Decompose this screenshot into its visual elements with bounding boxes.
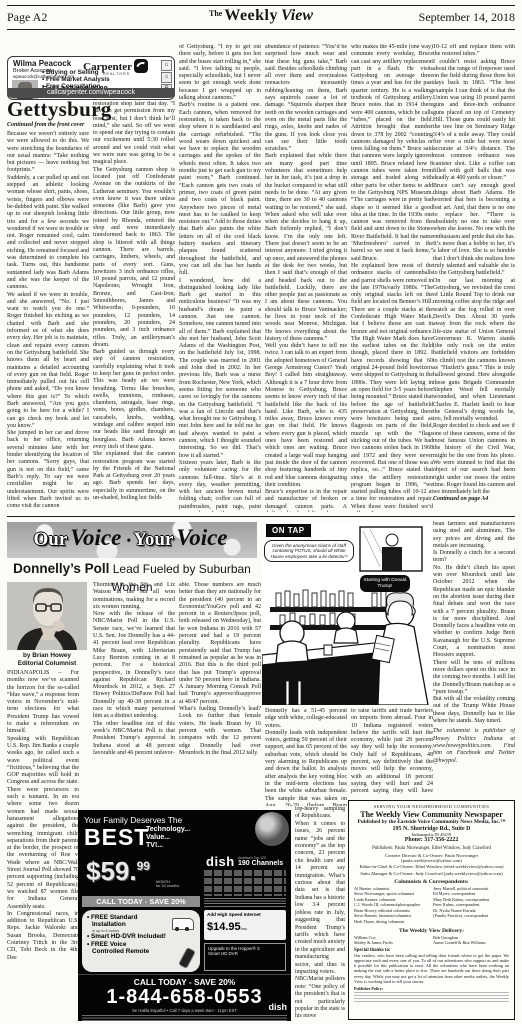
continued-from-note: Continued from the front cover	[7, 122, 84, 128]
publisher-policy-title: Publisher Policy:	[354, 986, 509, 991]
masthead-view: View	[281, 7, 313, 24]
columnist-byline: by Brian Howey Editorial Columnist	[7, 652, 87, 667]
cartoon-speech-bubble-1: Given the anonymous claims of staff cont…	[264, 540, 354, 562]
sales-manager-line: Sales Manager & Co-Owner: Judy Crawford …	[354, 871, 509, 876]
serving-communities-line: SERVING YOUR NEIGHBORHOOD COMMUNITIES	[354, 804, 509, 809]
realtor-name: Wilma Peacock	[13, 59, 71, 68]
columnists-list-right: Jerry Marrell, political cartoonist Ed M…	[433, 886, 509, 925]
editorial-cartoon: ON TAP Given the anonymous claims of sta…	[262, 521, 434, 705]
dish-price-cents: 99	[137, 859, 150, 873]
dish-ad-best: BEST	[84, 824, 149, 851]
delivery-list-right: Bob Gavaghan Aaron Cornell & Rita Willia…	[433, 935, 509, 946]
internet-addon-label: Add High Speed Internet	[207, 912, 283, 917]
howey-column-6: bean farmers and manufacturers using ste…	[433, 521, 515, 773]
our-voice-banner: Our Voice • Your Voice	[7, 522, 257, 558]
cartoon-title: ON TAP	[266, 524, 311, 537]
gettysburg-column-2: restoration shop later that day. “I have…	[93, 101, 175, 512]
dish-fine-print-1	[204, 898, 286, 908]
newspaper-page: Page A2 TheWeeklyView September 14, 2018…	[0, 0, 522, 1024]
service-van-icon	[172, 918, 194, 930]
internet-per: /mo.	[241, 927, 248, 931]
delivery-lists: William Cox Shirley & James Fuchs Bob Ga…	[354, 935, 509, 946]
house-icon: ⌂	[161, 60, 172, 71]
howey-column-1: INDIANAPOLIS – For months now we’ve scan…	[7, 670, 79, 1020]
publisher-policy-fine-print	[354, 992, 509, 1004]
editor-line: Editor-in-Chief & Co-Owner: Ethel Winslo…	[354, 864, 509, 869]
cartoonist-signature: Marrell	[358, 669, 376, 675]
masthead-weekly: Weekly	[224, 7, 278, 24]
dish-price: $59.99	[86, 856, 150, 887]
publication-phone: Phone: 317-356-2222	[354, 837, 509, 843]
cartoon-speech-bubble-2: Starting with Donald Trump!	[360, 575, 410, 592]
columnist-portrait-photo	[7, 582, 87, 650]
banner-word-your: Your	[133, 529, 173, 551]
offer-voice-remote: • FREE Voice	[87, 941, 195, 948]
dish-call-banner-1: CALL TODAY - SAVE 20%	[82, 896, 200, 907]
dish-ad-benefits: Technology... Value... TV!...	[146, 826, 190, 850]
dish-price-dollars: $59.	[86, 856, 137, 886]
internet-addon-box: Add High Speed Internet $14.95/mo.	[204, 910, 286, 940]
dish-ad-bottom: CALL TODAY - SAVE 20% 1-844-658-0553 Se …	[78, 974, 291, 1021]
hopper-upgrade-box: Upgrade to the Hopper® 3 Smart HD DVR	[204, 943, 286, 971]
dish-espanol-note: Se Habla Español • Call 7 days a week 8a…	[78, 1008, 291, 1013]
columnists-lists: Al Hunter, columnist Steve Nicewanger, s…	[354, 886, 509, 925]
donnelly-headline-bold: Donnelly’s Poll	[13, 561, 109, 576]
section-divider-rule	[7, 516, 515, 517]
header-rule	[7, 29, 515, 30]
masthead-the: The	[209, 9, 222, 18]
delivery-section-title: The Weekly View Delivery:	[354, 928, 509, 934]
dish-tv-ad: Your Family Deserves The BEST Technology…	[78, 810, 291, 1021]
equal-housing-icon: ⌂	[161, 72, 172, 83]
howey-column-5: to raise tariffs and trade barriers on i…	[351, 708, 433, 796]
dish-price-terms: MONTH for 24 months	[156, 880, 179, 889]
gettysburg-column-6-text: 10-12 off and replace them with the rest…	[433, 44, 515, 496]
publishers-line: Publishers: Paula Nicewanger, Ethel Wins…	[354, 846, 509, 851]
banner-word-our: Our	[33, 529, 67, 551]
dish-logo-small: dish	[268, 1002, 287, 1012]
internet-price: $14.95	[207, 921, 241, 933]
publication-masthead-box: SERVING YOUR NEIGHBORHOOD COMMUNITIES Th…	[348, 800, 515, 1020]
top-rule	[7, 5, 515, 6]
gettysburg-column-1: Because we weren’t entirely sure we were…	[7, 131, 89, 512]
channel-logos-grid	[204, 870, 286, 896]
howey-column-4b: top-heavy sampling of Republicans. When …	[295, 806, 345, 1020]
delivery-list-left: William Cox Shirley & James Fuchs	[354, 935, 430, 946]
dish-logo: dish	[206, 854, 235, 869]
offer-voice-remote-2: Controlled Remote	[92, 948, 195, 955]
gettysburg-column-6: 10-12 off and replace them with the rest…	[433, 44, 515, 516]
gettysburg-column-5: who makes the 45-mile (one way) commute …	[351, 44, 433, 512]
dish-fine-print-2	[82, 1015, 287, 1021]
offer-dvr: • Smart HD-DVR Included!	[87, 933, 195, 940]
globe-icon	[255, 812, 289, 846]
howey-column-6-text: bean farmers and manufacturers using ste…	[433, 521, 515, 725]
dish-offer-panel: • FREE Standard Installation in up to 6 …	[82, 910, 200, 972]
howey-column-2: Thornton in the 5th, and Liz Watson in t…	[93, 582, 175, 808]
howey-column-4: Donnelly has a 51-45 percent edge with w…	[265, 708, 347, 806]
columnist-tagline: The columnist is publisher of Howey Poli…	[433, 728, 515, 764]
published-by-line: Published by the Eastside Voice Communit…	[354, 819, 509, 825]
dish-channel-count: 190 Channels	[238, 860, 283, 867]
columnists-section-title: Columnists & Correspondents:	[354, 879, 509, 885]
continued-on-note: Continued on page A4	[433, 496, 515, 503]
banner-separator-dot: •	[126, 534, 131, 550]
gettysburg-column-4: abundance of patience. “You’d be surpris…	[265, 44, 347, 512]
creative-director-line: Creative Director & Co-Owner: Paula Nice…	[354, 853, 509, 863]
columnists-list-left: Al Hunter, columnist Steve Nicewanger, s…	[354, 886, 430, 925]
dish-phone-number: 1-844-658-0553	[78, 987, 291, 1008]
carpenter-logo-icon	[134, 59, 148, 73]
special-thanks-text: Our readers, who have been calling and t…	[354, 953, 509, 984]
publication-title: The Weekly View Community Newspaper	[354, 810, 509, 819]
howey-column-3: able. Those numbers are much better than…	[179, 582, 261, 808]
banner-word-voice2: Voice	[176, 525, 227, 551]
gettysburg-column-3: of Gettysburg. “I try to get out there e…	[179, 44, 261, 512]
banner-word-voice1: Voice	[70, 525, 121, 551]
issue-date: September 14, 2018	[419, 10, 515, 25]
